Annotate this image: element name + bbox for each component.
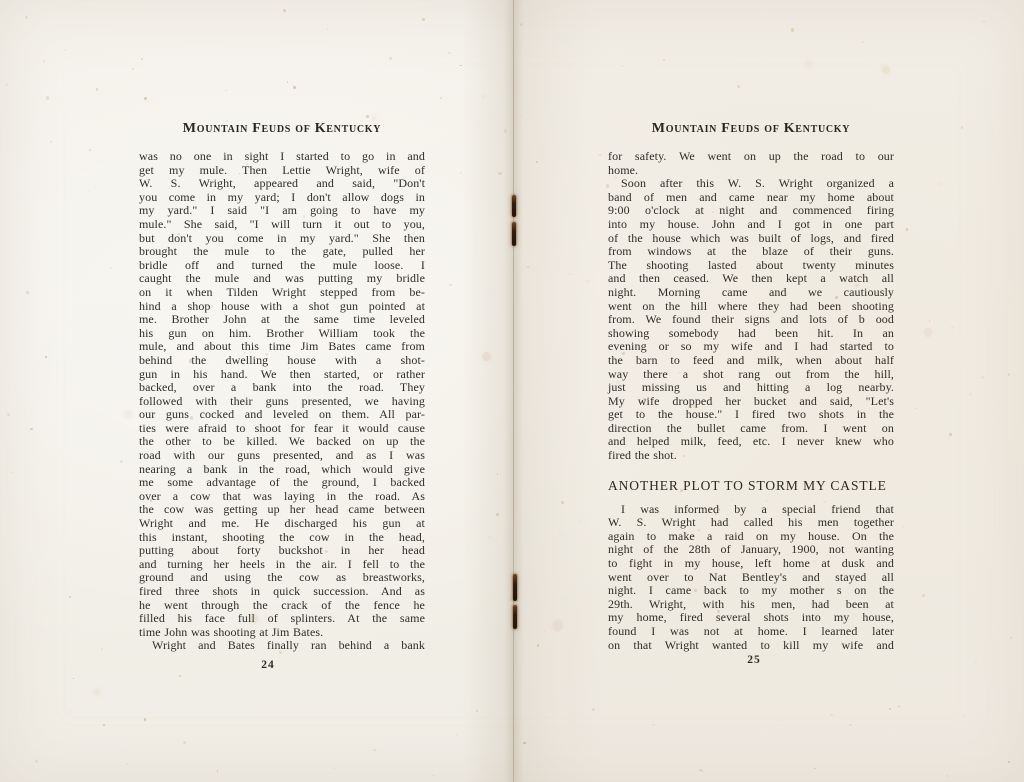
gutter-fold-line bbox=[513, 0, 514, 782]
text-line: he went through the crack of the fence h… bbox=[139, 599, 425, 613]
text-line: way there a shot rang out from the hill, bbox=[608, 368, 894, 382]
text-line: just missing us and hitting a log nearby… bbox=[608, 381, 894, 395]
right-page: Mountain Feuds of Kentucky for safety. W… bbox=[608, 121, 894, 137]
text-line: fired the shot. bbox=[608, 449, 894, 463]
text-line: mule, and about this time Jim Bates came… bbox=[139, 340, 425, 354]
text-line: Soon after this W. S. Wright organized a bbox=[608, 177, 894, 191]
text-line: putting about forty buckshot in her head bbox=[139, 544, 425, 558]
text-line: and then ceased. We then kept a watch al… bbox=[608, 272, 894, 286]
text-line: for safety. We went on up the road to ou… bbox=[608, 150, 894, 164]
text-line: the cow was getting up her head came bet… bbox=[139, 503, 425, 517]
text-line: into my house. John and I got in one par… bbox=[608, 218, 894, 232]
left-page: Mountain Feuds of Kentucky was no one in… bbox=[139, 121, 425, 137]
staple-bottom-upper bbox=[513, 574, 517, 601]
text-line: 9:00 o'clock at night and commenced firi… bbox=[608, 204, 894, 218]
running-head-right: Mountain Feuds of Kentucky bbox=[608, 121, 894, 137]
text-line: and helped milk, feed, etc. I never knew… bbox=[608, 435, 894, 449]
text-line: showing somebody had been hit. In an bbox=[608, 327, 894, 341]
text-line: get my mule. Then Lettie Wright, wife of bbox=[139, 164, 425, 178]
text-line: from. We found their signs and lots of b… bbox=[608, 313, 894, 327]
staple-bottom-lower bbox=[513, 605, 517, 629]
text-line: road with our guns presented, and as I w… bbox=[139, 449, 425, 463]
text-line: my yard." I said "I am going to have my bbox=[139, 204, 425, 218]
text-line: Wright and Bates finally ran behind a ba… bbox=[139, 639, 425, 653]
text-line: fired three shots in quick succession. A… bbox=[139, 585, 425, 599]
text-line: direction the bullet came from. I went o… bbox=[608, 422, 894, 436]
text-line: night of the 28th of January, 1900, not … bbox=[608, 543, 894, 557]
text-line: band of men and came near my home about bbox=[608, 191, 894, 205]
text-line: over a cow that was laying in the road. … bbox=[139, 490, 425, 504]
text-line: mule." She said, "I will turn it out to … bbox=[139, 218, 425, 232]
text-line: found I was not at home. I learned later bbox=[608, 625, 894, 639]
text-line: 29th. Wright, with his men, had been at bbox=[608, 598, 894, 612]
text-line: behind the dwelling house with a shot- bbox=[139, 354, 425, 368]
book-scan: Mountain Feuds of Kentucky was no one in… bbox=[0, 0, 1024, 782]
page-number-left: 24 bbox=[139, 659, 397, 671]
staple-top-lower bbox=[512, 222, 516, 246]
text-line: ties were afraid to shoot for fear it wo… bbox=[139, 422, 425, 436]
text-line: this instant, shooting the cow in the he… bbox=[139, 531, 425, 545]
text-line: me some advantage of the ground, I backe… bbox=[139, 476, 425, 490]
text-line: went on the hill where they had been sho… bbox=[608, 300, 894, 314]
text-line: ground and using the cow as breastworks, bbox=[139, 571, 425, 585]
text-line: get to the house." I fired two shots in … bbox=[608, 408, 894, 422]
left-page-body: was no one in sight I started to go in a… bbox=[139, 150, 425, 653]
text-line: brought the mule to the gate, pulled her bbox=[139, 245, 425, 259]
text-line: of the house which was built of logs, an… bbox=[608, 232, 894, 246]
text-line: our guns cocked and leveled on them. All… bbox=[139, 408, 425, 422]
text-line: to fight in my house, left home at dusk … bbox=[608, 557, 894, 571]
page-number-right: 25 bbox=[608, 654, 900, 666]
text-line: the other to be killed. We backed on up … bbox=[139, 435, 425, 449]
text-line: the barn to feed and milk, when about ha… bbox=[608, 354, 894, 368]
text-line: nearing a bank in the road, which would … bbox=[139, 463, 425, 477]
text-line: My wife dropped her bucket and said, "Le… bbox=[608, 395, 894, 409]
text-line: you come in my yard; I don't allow dogs … bbox=[139, 191, 425, 205]
text-line: his gun on him. Brother William took the bbox=[139, 327, 425, 341]
text-line: went over to Nat Bentley's and stayed al… bbox=[608, 571, 894, 585]
text-line: hind a shop house with a shot gun pointe… bbox=[139, 300, 425, 314]
text-line: followed with their guns presented, we h… bbox=[139, 395, 425, 409]
text-line: bridle off and turned the mule loose. I bbox=[139, 259, 425, 273]
text-line: I was informed by a special friend that bbox=[608, 503, 894, 517]
text-line: my home, fired several shots into my hou… bbox=[608, 611, 894, 625]
text-line: home. bbox=[608, 164, 894, 178]
text-line: W. S. Wright, appeared and said, "Don't bbox=[139, 177, 425, 191]
text-line: W. S. Wright had called his men together bbox=[608, 516, 894, 530]
text-line: Wright and me. He discharged his gun at bbox=[139, 517, 425, 531]
text-line: me. Brother John at the same time levele… bbox=[139, 313, 425, 327]
text-line: time John was shooting at Jim Bates. bbox=[139, 626, 425, 640]
text-line: from windows at the blaze of their guns. bbox=[608, 245, 894, 259]
text-line: backed, over a bank into the road. They bbox=[139, 381, 425, 395]
text-line: again to make a raid on my house. On the bbox=[608, 530, 894, 544]
section-heading: ANOTHER PLOT TO STORM MY CASTLE bbox=[608, 478, 894, 494]
text-line: on that Wright wanted to kill my wife an… bbox=[608, 639, 894, 653]
text-line: on it when Tilden Wright stepped from be… bbox=[139, 286, 425, 300]
running-head-left: Mountain Feuds of Kentucky bbox=[139, 121, 425, 137]
text-line: caught the mule and was putting my bridl… bbox=[139, 272, 425, 286]
gutter-fold-shading bbox=[462, 0, 602, 782]
text-line: and turning her heels in the air. I fell… bbox=[139, 558, 425, 572]
text-line: gun in his hand. We then started, or rat… bbox=[139, 368, 425, 382]
text-line: night. Morning came and we cautiously bbox=[608, 286, 894, 300]
text-line: The shooting lasted about twenty minutes bbox=[608, 259, 894, 273]
text-line: evening or so my wife and I had started … bbox=[608, 340, 894, 354]
text-line: night. I came back to my mother s on the bbox=[608, 584, 894, 598]
right-page-body: for safety. We went on up the road to ou… bbox=[608, 150, 894, 652]
staple-top-upper bbox=[512, 195, 516, 217]
text-line: was no one in sight I started to go in a… bbox=[139, 150, 425, 164]
text-line: but don't you come in my yard." She then bbox=[139, 232, 425, 246]
text-line: filled his face full of splinters. At th… bbox=[139, 612, 425, 626]
